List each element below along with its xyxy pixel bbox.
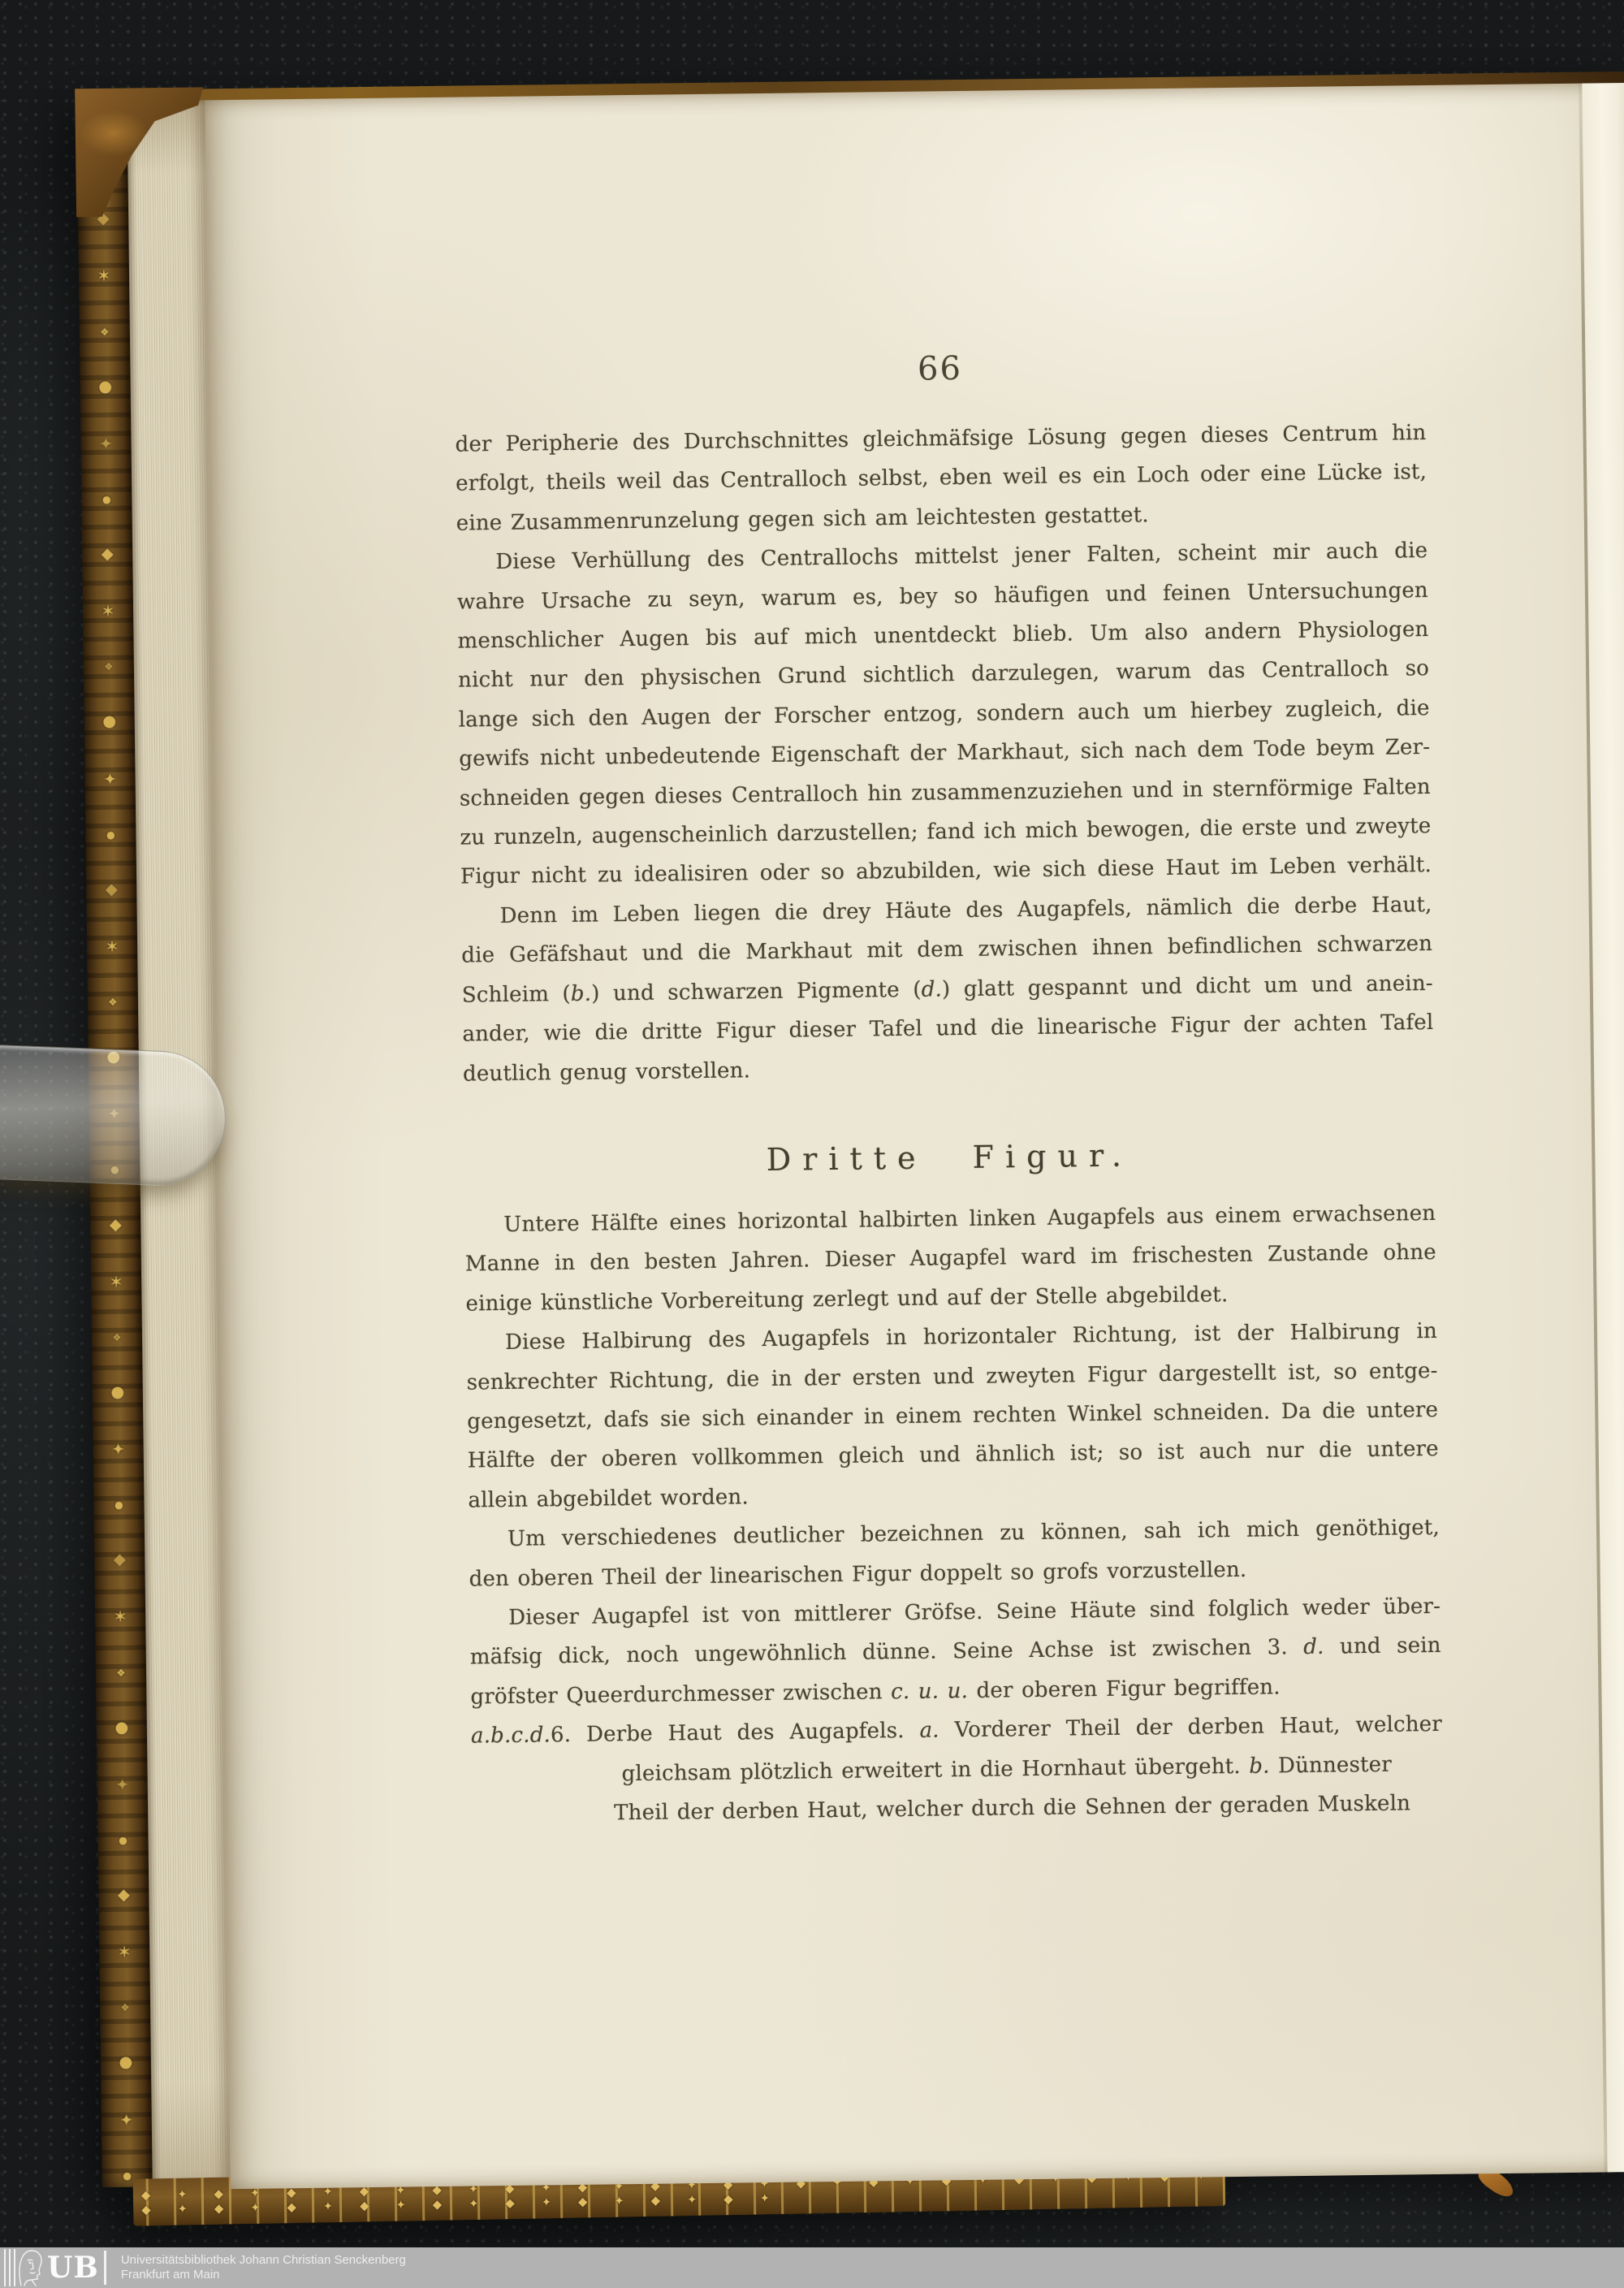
footer-library-name: Universitätsbibliothek Johann Christian … — [121, 2253, 406, 2282]
facing-page-edge — [1582, 83, 1624, 2172]
goethe-portrait-icon — [18, 2249, 45, 2286]
transparent-page-holder-clip — [0, 1045, 228, 1188]
page-number: 66 — [454, 345, 1425, 393]
footer-library-line1: Universitätsbibliothek Johann Christian … — [121, 2253, 406, 2268]
logo-text: UB — [47, 2249, 99, 2286]
footer-library-line2: Frankfurt am Main — [121, 2268, 406, 2282]
text-lines: der Peripherie des Durchschnittes gleich… — [455, 413, 1443, 1835]
logo-stripes — [4, 2249, 16, 2286]
book: ✦●◆✶❖●✦●◆✶❖●✦●◆✶❖●✦●◆✶❖●✦●◆✶❖●✦●◆✶❖●✦● ◆… — [75, 67, 1624, 2202]
text-block: 66 der Peripherie des Durchschnittes gle… — [454, 345, 1443, 1835]
logo-divider — [104, 2251, 106, 2285]
ub-library-logo: UB — [4, 2249, 121, 2286]
footer-bar: UB Universitätsbibliothek Johann Christi… — [0, 2247, 1624, 2288]
scanned-book-photo: ✦●◆✶❖●✦●◆✶❖●✦●◆✶❖●✦●◆✶❖●✦●◆✶❖●✦●◆✶❖●✦● ◆… — [0, 0, 1624, 2288]
book-page: 66 der Peripherie des Durchschnittes gle… — [205, 83, 1624, 2189]
figure-heading: Dritte Figur. — [464, 1129, 1436, 1187]
